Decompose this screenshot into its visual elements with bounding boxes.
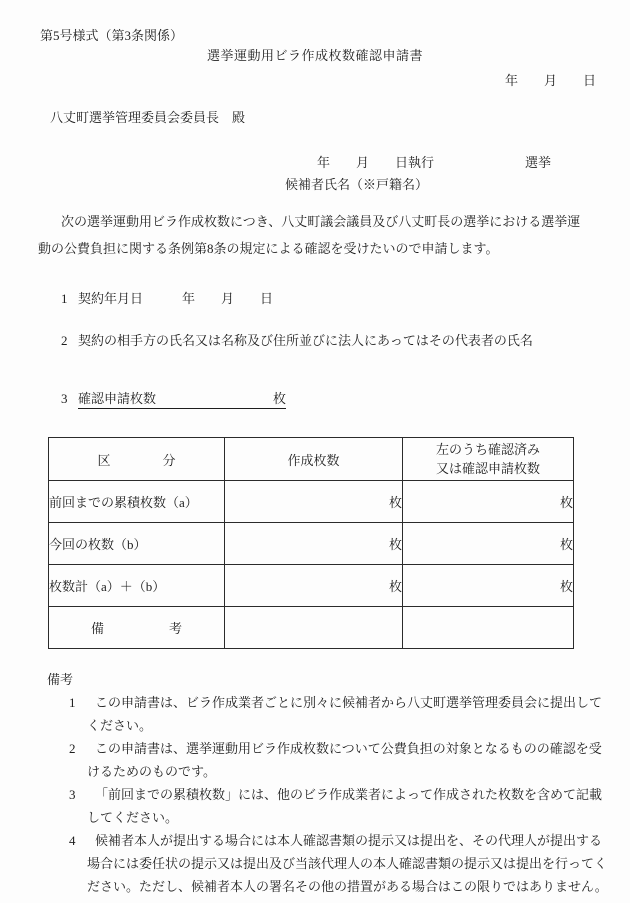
form-number: 第5号様式（第3条関係）	[40, 28, 183, 44]
table-row-cumulative: 前回までの累積枚数（a） 枚 枚	[49, 481, 574, 523]
note-number: 3	[69, 787, 76, 802]
copies-count-table: 区 分 作成枚数 左のうち確認済み 又は確認申請枚数 前回までの累積枚数（a） …	[48, 437, 574, 649]
note-text: この申請書は、ビラ作成業者ごとに別々に候補者から八丈町選挙管理委員会に提出してく…	[87, 695, 602, 733]
produced-count-cell: 枚	[225, 565, 403, 607]
row-label: 枚数計（a）＋（b）	[49, 565, 225, 607]
item-contract-party: 2契約の相手方の氏名又は名称及び住所並びに法人にあってはその代表者の氏名	[48, 317, 533, 365]
document-page: 第5号様式（第3条関係） 選挙運動用ビラ作成枚数確認申請書 年 月 日 八丈町選…	[0, 0, 630, 903]
note-text: この申請書は、選挙運動用ビラ作成枚数について公費負担の対象となるものの確認を受け…	[87, 741, 602, 779]
row-label: 今回の枚数（b）	[49, 523, 225, 565]
note-text: 候補者本人が提出する場合には本人確認書類の提示又は提出を、その代理人が提出する場…	[87, 833, 608, 894]
notes-section: 備考 1この申請書は、ビラ作成業者ごとに別々に候補者から八丈町選挙管理委員会に提…	[47, 668, 608, 898]
application-date-line: 年 月 日	[505, 73, 596, 89]
remarks-cell-empty	[225, 607, 403, 649]
item-number: 2	[61, 333, 78, 349]
item-requested-copies: 3確認申請枚数 枚	[48, 375, 286, 423]
application-statement: 次の選挙運動用ビラ作成枚数につき、八丈町議会議員及び八丈町長の選挙における選挙運…	[38, 208, 593, 262]
confirmed-count-header: 左のうち確認済み 又は確認申請枚数	[403, 438, 574, 481]
note-item-3: 3「前回までの累積枚数」には、他のビラ作成業者によって作成された枚数を含めて記載…	[87, 783, 608, 829]
produced-count-cell: 枚	[225, 523, 403, 565]
note-text: 「前回までの累積枚数」には、他のビラ作成業者によって作成された枚数を含めて記載し…	[87, 787, 602, 825]
remarks-cell-empty	[403, 607, 574, 649]
note-item-1: 1この申請書は、ビラ作成業者ごとに別々に候補者から八丈町選挙管理委員会に提出して…	[87, 691, 608, 737]
confirmed-count-cell: 枚	[403, 523, 574, 565]
table-row-remarks: 備 考	[49, 607, 574, 649]
confirmed-count-cell: 枚	[403, 565, 574, 607]
candidate-name-line: 候補者氏名（※戸籍名）	[285, 177, 428, 193]
item-text: 契約年月日 年 月 日	[78, 291, 273, 306]
election-execution-line: 年 月 日執行 選挙	[317, 155, 551, 171]
confirmed-count-cell: 枚	[403, 481, 574, 523]
row-label: 前回までの累積枚数（a）	[49, 481, 225, 523]
note-number: 1	[69, 695, 76, 710]
item-text-underlined: 確認申請枚数 枚	[78, 391, 286, 409]
category-header: 区 分	[49, 438, 225, 481]
table-header-row: 区 分 作成枚数 左のうち確認済み 又は確認申請枚数	[49, 438, 574, 481]
page-title: 選挙運動用ビラ作成枚数確認申請書	[0, 48, 630, 64]
table-row-total: 枚数計（a）＋（b） 枚 枚	[49, 565, 574, 607]
addressee-line: 八丈町選挙管理委員会委員長 殿	[50, 110, 245, 126]
notes-label: 備考	[47, 668, 608, 691]
note-item-4: 4候補者本人が提出する場合には本人確認書類の提示又は提出を、その代理人が提出する…	[87, 829, 608, 898]
note-item-2: 2この申請書は、選挙運動用ビラ作成枚数について公費負担の対象となるものの確認を受…	[87, 737, 608, 783]
item-number: 1	[61, 291, 78, 307]
note-number: 4	[69, 833, 76, 848]
confirmed-count-header-line2: 又は確認申請枚数	[403, 459, 573, 478]
note-number: 2	[69, 741, 76, 756]
item-contract-date: 1契約年月日 年 月 日	[48, 275, 273, 323]
produced-count-cell: 枚	[225, 481, 403, 523]
confirmed-count-header-line1: 左のうち確認済み	[403, 440, 573, 459]
item-number: 3	[61, 391, 78, 407]
produced-count-header: 作成枚数	[225, 438, 403, 481]
item-text: 契約の相手方の氏名又は名称及び住所並びに法人にあってはその代表者の氏名	[78, 333, 533, 348]
table-row-current: 今回の枚数（b） 枚 枚	[49, 523, 574, 565]
remarks-label: 備 考	[49, 607, 225, 649]
